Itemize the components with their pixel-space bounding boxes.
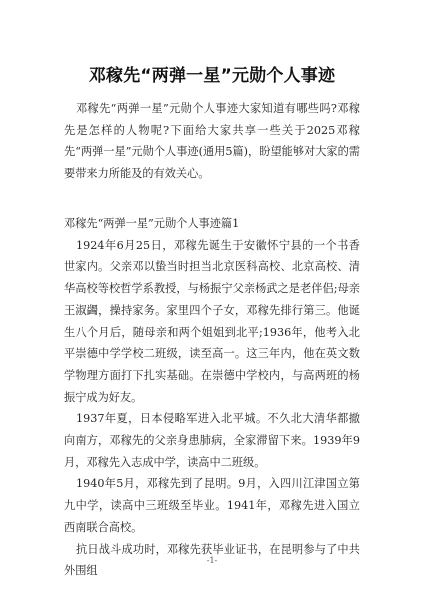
intro-block: 邓稼先“两弹一星”元勋个人事迹大家知道有哪些吗?邓稼先是怎样的人物呢?下面给大家… [64,98,360,185]
section-1: 邓稼先“两弹一星”元勋个人事迹篇1 1924年6月25日，邓稼先诞生于安徽怀宁县… [64,213,360,582]
intro-paragraph: 邓稼先“两弹一星”元勋个人事迹大家知道有哪些吗?邓稼先是怎样的人物呢?下面给大家… [64,98,360,185]
page-number: -1- [0,555,424,567]
body-paragraph: 1940年5月，邓稼先到了昆明。9月，入四川江津国立第九中学，读高中三班级至毕业… [64,473,360,538]
body-paragraph: 1924年6月25日，邓稼先诞生于安徽怀宁县的一个书香世家内。父亲邓以蛰当时担当… [64,235,360,409]
section-heading: 邓稼先“两弹一星”元勋个人事迹篇1 [64,213,360,235]
body-paragraph: 1937年夏，日本侵略军进入北平城。不久北大清华都撤向南方，邓稼先的父亲身患肺病… [64,408,360,473]
document-title: 邓稼先“两弹一星”元勋个人事迹 [0,66,424,86]
document-page: 邓稼先“两弹一星”元勋个人事迹 邓稼先“两弹一星”元勋个人事迹大家知道有哪些吗?… [0,0,424,600]
